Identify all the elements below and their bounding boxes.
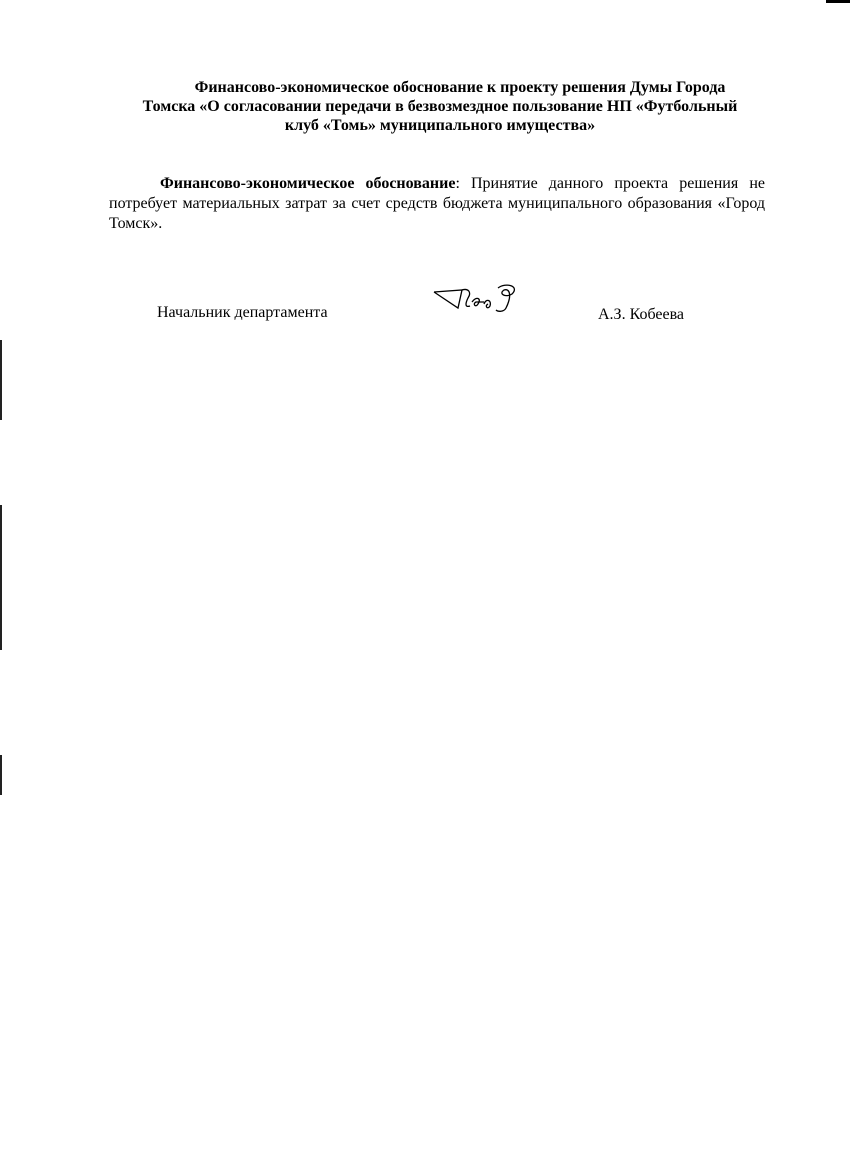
document-title: Финансово-экономическое обоснование к пр… (108, 78, 772, 135)
scan-edge-mark (0, 755, 2, 795)
document-page: Финансово-экономическое обоснование к пр… (0, 0, 850, 1170)
title-line-3: клуб «Томь» муниципального имущества» (108, 116, 772, 135)
paragraph-lead: Финансово-экономическое обоснование (160, 175, 455, 192)
scan-corner-mark (826, 0, 850, 3)
justification-paragraph: Финансово-экономическое обоснование: При… (109, 174, 765, 234)
title-line-2: Томска «О согласовании передачи в безвоз… (108, 97, 772, 116)
scan-edge-mark (0, 340, 2, 420)
handwritten-signature-icon (428, 282, 528, 324)
scan-edge-mark (0, 505, 2, 650)
title-line-1: Финансово-экономическое обоснование к пр… (108, 78, 772, 97)
signatory-name: А.З. Кобеева (598, 306, 684, 324)
signatory-position: Начальник департамента (157, 304, 328, 322)
